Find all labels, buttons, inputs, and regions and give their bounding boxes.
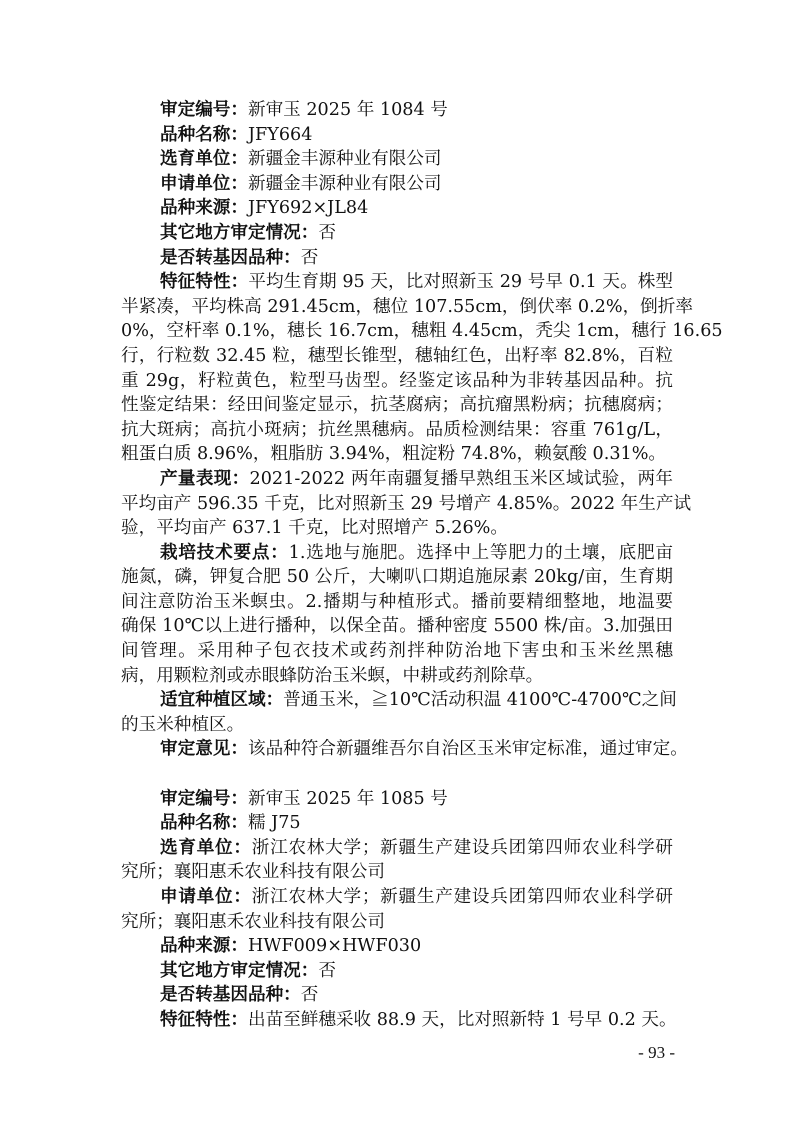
text-line: 抗大斑病；高抗小斑病；抗丝黑穗病。品质检测结果：容重 761g/L，	[121, 418, 673, 443]
field-label: 品种名称：	[160, 123, 248, 148]
field-value: 新审玉 2025 年 1085 号	[248, 787, 448, 812]
field-label: 其它地方审定情况：	[160, 959, 318, 984]
text-line: 病，用颗粒剂或赤眼蜂防治玉米螟，中耕或药剂除草。	[121, 664, 543, 689]
field-value: 否	[318, 221, 336, 246]
field-value: 新疆金丰源种业有限公司	[248, 147, 442, 172]
field-label: 选育单位：	[160, 838, 252, 858]
breeder-row: 选育单位：浙江农林大学；新疆生产建设兵团第四师农业科学研 究所；襄阳惠禾农业科技…	[121, 836, 673, 885]
field-label: 审定意见：	[160, 739, 248, 759]
field-label: 审定编号：	[160, 98, 248, 123]
opinion-row: 审定意见：该品种符合新疆维吾尔自治区玉米审定标准，通过审定。	[121, 737, 673, 762]
cultivation-paragraph: 栽培技术要点：1.选地与施肥。选择中上等肥力的土壤，底肥亩 施氮，磷，钾复合肥 …	[121, 541, 673, 689]
field-label: 其它地方审定情况：	[160, 221, 318, 246]
text-line: 验，平均亩产 637.1 千克，比对照增产 5.26%。	[121, 516, 508, 541]
field-label: 品种来源：	[160, 196, 248, 221]
text-line: 施氮，磷，钾复合肥 50 公斤，大喇叭口期追施尿素 20kg/亩，生育期	[121, 565, 673, 590]
transgenic-row: 是否转基因品种： 否	[121, 983, 673, 1008]
variety-name-row: 品种名称： 糯 J75	[121, 811, 673, 836]
field-value: JFY664	[248, 123, 312, 148]
entry-separator	[121, 762, 673, 787]
text-line: 究所；襄阳惠禾农业科技有限公司	[121, 910, 385, 935]
source-row: 品种来源： JFY692×JL84	[121, 196, 673, 221]
field-value: 糯 J75	[248, 811, 301, 836]
field-value: 否	[301, 246, 319, 271]
text-line: 粗蛋白质 8.96%，粗脂肪 3.94%，粗淀粉 74.8%，赖氨酸 0.31%…	[121, 442, 666, 467]
field-label: 是否转基因品种：	[160, 983, 301, 1008]
variety-entry-1084: 审定编号： 新审玉 2025 年 1084 号 品种名称： JFY664 选育单…	[121, 98, 673, 762]
text-line: 行，行粒数 32.45 粒，穗型长锥型，穗轴红色，出籽率 82.8%，百粒	[121, 344, 673, 369]
applicant-row: 申请单位：浙江农林大学；新疆生产建设兵团第四师农业科学研 究所；襄阳惠禾农业科技…	[121, 885, 673, 934]
field-value: 该品种符合新疆维吾尔自治区玉米审定标准，通过审定。	[248, 739, 688, 759]
field-label: 选育单位：	[160, 147, 248, 172]
text-line: 究所；襄阳惠禾农业科技有限公司	[121, 860, 385, 885]
region-paragraph: 适宜种植区域：普通玉米，≧10℃活动积温 4100℃-4700℃之间 的玉米种植…	[121, 688, 673, 737]
field-label: 是否转基因品种：	[160, 246, 301, 271]
text-line: 出苗至鲜穗采收 88.9 天，比对照新特 1 号早 0.2 天。	[248, 1008, 677, 1033]
other-region-row: 其它地方审定情况： 否	[121, 959, 673, 984]
text-line: 确保 10℃以上进行播种，以保全苗。播种密度 5500 株/亩。3.加强田	[121, 614, 673, 639]
text-line: 性鉴定结果：经田间鉴定显示，抗茎腐病；高抗瘤黑粉病；抗穗腐病；	[121, 393, 673, 418]
field-label: 审定编号：	[160, 787, 248, 812]
transgenic-row: 是否转基因品种： 否	[121, 246, 673, 271]
field-label: 申请单位：	[160, 887, 252, 907]
approval-number-row: 审定编号： 新审玉 2025 年 1085 号	[121, 787, 673, 812]
approval-number-row: 审定编号： 新审玉 2025 年 1084 号	[121, 98, 673, 123]
field-value: 新疆金丰源种业有限公司	[248, 172, 442, 197]
yield-paragraph: 产量表现：2021-2022 两年南疆复播早熟组玉米区域试验，两年 平均亩产 5…	[121, 467, 673, 541]
field-label: 品种来源：	[160, 934, 248, 959]
field-value: JFY692×JL84	[248, 196, 368, 221]
text-line: 重 29g，籽粒黄色，粒型马齿型。经鉴定该品种为非转基因品种。抗	[121, 369, 673, 394]
text-line: 的玉米种植区。	[121, 713, 244, 738]
field-label: 栽培技术要点：	[160, 543, 289, 563]
applicant-row: 申请单位： 新疆金丰源种业有限公司	[121, 172, 673, 197]
field-label: 品种名称：	[160, 811, 248, 836]
source-row: 品种来源： HWF009×HWF030	[121, 934, 673, 959]
field-label: 产量表现：	[160, 469, 250, 489]
text-line: 间注意防治玉米螟虫。2.播期与种植形式。播前要精细整地，地温要	[121, 590, 673, 615]
characteristics-paragraph: 特征特性： 出苗至鲜穗采收 88.9 天，比对照新特 1 号早 0.2 天。	[121, 1008, 673, 1033]
text-line: 0%，空杆率 0.1%，穗长 16.7cm，穗粗 4.45cm，秃尖 1cm，穗…	[121, 319, 673, 344]
breeder-row: 选育单位： 新疆金丰源种业有限公司	[121, 147, 673, 172]
text-line: 平均亩产 596.35 千克，比对照新玉 29 号增产 4.85%。2022 年…	[121, 492, 673, 517]
field-label: 特征特性：	[160, 1008, 248, 1033]
text-line: 半紧凑，平均株高 291.45cm，穗位 107.55cm，倒伏率 0.2%，倒…	[121, 295, 673, 320]
document-page: 审定编号： 新审玉 2025 年 1084 号 品种名称： JFY664 选育单…	[121, 98, 673, 1033]
field-value: HWF009×HWF030	[248, 934, 421, 959]
field-label: 申请单位：	[160, 172, 248, 197]
page-number: - 93 -	[0, 1043, 793, 1063]
field-value: 新审玉 2025 年 1084 号	[248, 98, 448, 123]
field-label: 特征特性：	[160, 272, 248, 292]
text-line: 间管理。采用种子包衣技术或药剂拌种防治地下害虫和玉米丝黑穗	[121, 639, 673, 664]
field-label: 适宜种植区域：	[160, 690, 283, 710]
field-value: 否	[318, 959, 336, 984]
variety-name-row: 品种名称： JFY664	[121, 123, 673, 148]
characteristics-paragraph: 特征特性：平均生育期 95 天，比对照新玉 29 号早 0.1 天。株型 半紧凑…	[121, 270, 673, 467]
variety-entry-1085: 审定编号： 新审玉 2025 年 1085 号 品种名称： 糯 J75 选育单位…	[121, 787, 673, 1033]
field-value: 否	[301, 983, 319, 1008]
other-region-row: 其它地方审定情况： 否	[121, 221, 673, 246]
